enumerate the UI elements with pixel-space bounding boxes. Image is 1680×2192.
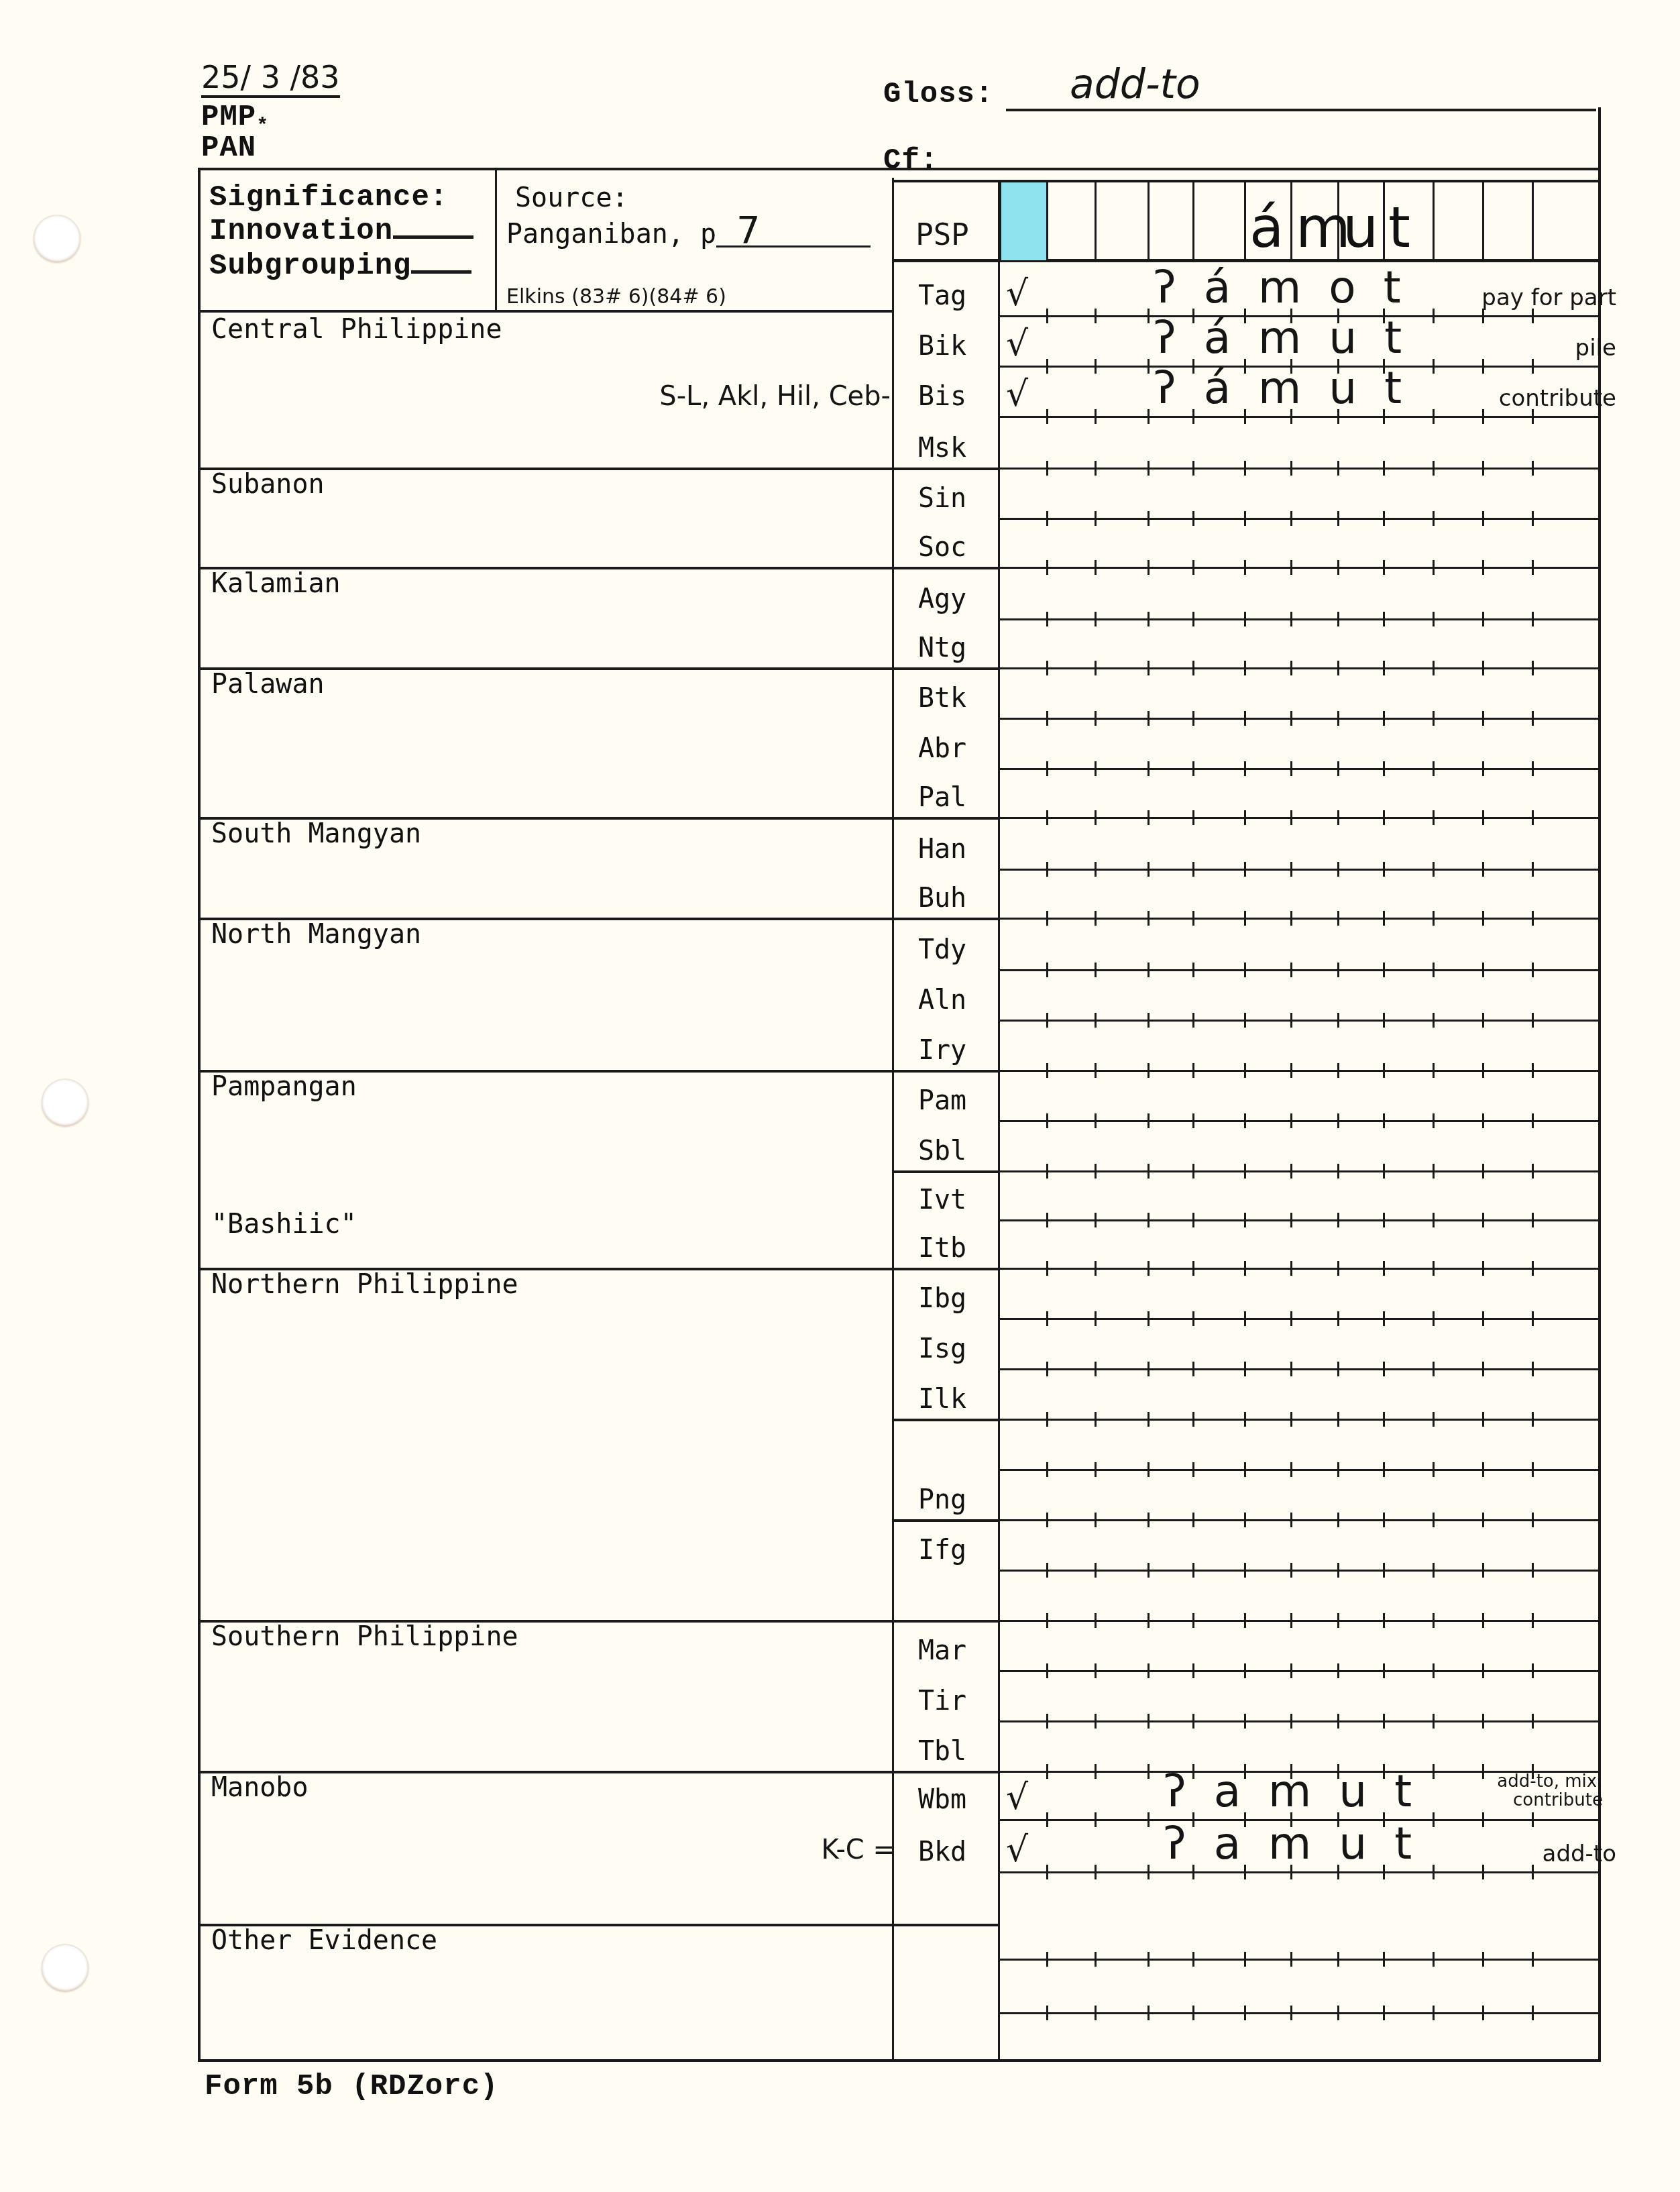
row-tick bbox=[1482, 1261, 1484, 1276]
row-tick bbox=[1192, 1261, 1194, 1276]
row-line bbox=[999, 667, 1600, 669]
row-tick bbox=[1433, 1462, 1435, 1477]
date: 25/ 3 /83 bbox=[201, 59, 340, 98]
row-tick bbox=[1147, 1714, 1150, 1729]
language-label: Ibg bbox=[895, 1283, 989, 1314]
row-tick bbox=[1290, 911, 1292, 926]
language-label: Buh bbox=[895, 883, 989, 914]
reflex-gloss[interactable]: add-to, mix; contribute bbox=[1418, 1772, 1603, 1810]
row-tick bbox=[1046, 1865, 1048, 1879]
row-tick bbox=[1383, 661, 1385, 675]
row-tick bbox=[1147, 1663, 1150, 1678]
level-pmp-mark: * bbox=[256, 115, 269, 138]
row-tick bbox=[1433, 1513, 1435, 1527]
row-tick bbox=[1244, 1714, 1246, 1729]
row-tick bbox=[1147, 661, 1150, 675]
row-tick bbox=[1433, 2006, 1435, 2020]
row-tick bbox=[1433, 1113, 1435, 1128]
row-tick bbox=[1337, 1714, 1339, 1729]
row-line bbox=[999, 918, 1600, 920]
row-tick bbox=[1192, 1613, 1194, 1628]
row-tick bbox=[1532, 761, 1534, 776]
language-label: Mar bbox=[895, 1635, 989, 1666]
row-tick bbox=[1290, 1164, 1292, 1179]
row-tick bbox=[1147, 1764, 1150, 1779]
row-tick bbox=[1433, 1362, 1435, 1376]
frame-top bbox=[198, 168, 1600, 170]
row-tick bbox=[1290, 1261, 1292, 1276]
row-tick bbox=[1192, 560, 1194, 575]
row-tick bbox=[1290, 1563, 1292, 1578]
row-tick bbox=[1192, 511, 1194, 526]
psp-cell[interactable] bbox=[1482, 182, 1534, 260]
row-tick bbox=[1383, 862, 1385, 877]
row-tick bbox=[1532, 911, 1534, 926]
row-tick bbox=[1192, 1063, 1194, 1078]
row-tick bbox=[1192, 2006, 1194, 2020]
group-divider bbox=[198, 1268, 999, 1270]
row-tick bbox=[1290, 2006, 1292, 2020]
row-tick bbox=[1095, 661, 1097, 675]
frame-left bbox=[198, 168, 201, 2061]
row-tick bbox=[1482, 1714, 1484, 1729]
row-tick bbox=[1482, 911, 1484, 926]
row-line bbox=[999, 468, 1600, 470]
reflex-form[interactable]: ʔ a m u t bbox=[1164, 1818, 1418, 1869]
row-tick bbox=[1532, 1663, 1534, 1678]
language-label: Ifg bbox=[895, 1535, 989, 1566]
row-tick bbox=[1244, 1311, 1246, 1326]
row-tick bbox=[1244, 963, 1246, 977]
row-tick bbox=[1244, 862, 1246, 877]
row-tick bbox=[1337, 1164, 1339, 1179]
row-tick bbox=[1046, 1952, 1048, 1967]
row-tick bbox=[1532, 560, 1534, 575]
gloss-value[interactable]: add-to bbox=[1006, 64, 1596, 111]
row-tick bbox=[1147, 1812, 1150, 1827]
row-tick bbox=[1095, 1462, 1097, 1477]
row-tick bbox=[1046, 711, 1048, 726]
row-tick bbox=[1147, 1412, 1150, 1427]
row-tick bbox=[1383, 511, 1385, 526]
row-tick bbox=[1095, 862, 1097, 877]
row-tick bbox=[1046, 761, 1048, 776]
row-tick bbox=[1147, 1063, 1150, 1078]
row-tick bbox=[1095, 1865, 1097, 1879]
row-tick bbox=[1337, 1663, 1339, 1678]
row-tick bbox=[1482, 1164, 1484, 1179]
row-tick bbox=[1482, 1563, 1484, 1578]
row-tick bbox=[1383, 560, 1385, 575]
sig-source-divider bbox=[495, 170, 497, 311]
row-line bbox=[999, 1368, 1600, 1370]
row-tick bbox=[1482, 1663, 1484, 1678]
row-tick bbox=[1192, 1113, 1194, 1128]
row-tick bbox=[1383, 1013, 1385, 1028]
language-label: Ilk bbox=[895, 1384, 989, 1415]
row-tick bbox=[1433, 862, 1435, 877]
row-line bbox=[999, 1871, 1600, 1873]
row-tick bbox=[1095, 1213, 1097, 1227]
row-line bbox=[999, 1469, 1600, 1471]
row-tick bbox=[1482, 1013, 1484, 1028]
row-tick bbox=[1337, 1261, 1339, 1276]
binder-hole-bottom bbox=[42, 1944, 89, 1991]
row-tick bbox=[1482, 2006, 1484, 2020]
row-tick bbox=[1383, 1311, 1385, 1326]
row-tick bbox=[1046, 810, 1048, 825]
row-tick bbox=[1192, 862, 1194, 877]
row-tick bbox=[1192, 761, 1194, 776]
language-label: Han bbox=[895, 834, 989, 865]
reflex-form[interactable]: ʔ a m u t bbox=[1164, 1765, 1418, 1817]
row-tick bbox=[1532, 1063, 1534, 1078]
row-tick bbox=[1192, 1013, 1194, 1028]
row-tick bbox=[1095, 1812, 1097, 1827]
row-tick bbox=[1482, 1812, 1484, 1827]
reflex-gloss[interactable]: contribute bbox=[1429, 385, 1616, 412]
row-tick bbox=[1482, 810, 1484, 825]
row-line bbox=[999, 2012, 1600, 2014]
lang-divider bbox=[892, 1419, 999, 1421]
row-tick bbox=[1383, 911, 1385, 926]
row-tick bbox=[1337, 911, 1339, 926]
row-tick bbox=[1046, 1311, 1048, 1326]
row-tick bbox=[1383, 810, 1385, 825]
row-tick bbox=[1482, 963, 1484, 977]
group-divider bbox=[198, 667, 999, 670]
row-tick bbox=[1290, 862, 1292, 877]
row-tick bbox=[1532, 2006, 1534, 2020]
row-line bbox=[999, 618, 1600, 620]
row-tick bbox=[1046, 1213, 1048, 1227]
row-tick bbox=[1433, 1261, 1435, 1276]
check-mark-icon[interactable]: √ bbox=[1006, 1777, 1028, 1818]
binder-hole-middle bbox=[42, 1079, 89, 1126]
row-tick bbox=[1433, 1714, 1435, 1729]
row-tick bbox=[1383, 1714, 1385, 1729]
language-label: Btk bbox=[895, 683, 989, 714]
row-tick bbox=[1433, 511, 1435, 526]
row-tick bbox=[1244, 2006, 1246, 2020]
row-tick bbox=[1290, 810, 1292, 825]
gloss-text: add-to bbox=[1070, 61, 1200, 108]
row-tick bbox=[1147, 1462, 1150, 1477]
group-divider bbox=[198, 918, 999, 920]
row-tick bbox=[1192, 612, 1194, 626]
row-tick bbox=[1046, 1013, 1048, 1028]
lang-divider bbox=[892, 1519, 999, 1522]
row-tick bbox=[1147, 560, 1150, 575]
row-tick bbox=[1095, 1563, 1097, 1578]
row-tick bbox=[1147, 612, 1150, 626]
row-tick bbox=[1095, 1663, 1097, 1678]
group-label: "Bashiic" bbox=[211, 1209, 357, 1240]
col-lang-left bbox=[892, 178, 894, 2061]
innovation-label[interactable]: Innovation bbox=[209, 215, 473, 248]
language-label: Isg bbox=[895, 1333, 989, 1364]
row-line bbox=[999, 416, 1600, 418]
group-divider bbox=[198, 468, 999, 470]
row-tick bbox=[1192, 1362, 1194, 1376]
row-tick bbox=[1532, 1563, 1534, 1578]
row-tick bbox=[1433, 1412, 1435, 1427]
gloss-label: Gloss: bbox=[883, 78, 993, 111]
row-tick bbox=[1290, 1513, 1292, 1527]
row-tick bbox=[1244, 1613, 1246, 1628]
row-tick bbox=[1095, 1063, 1097, 1078]
row-line bbox=[999, 1070, 1600, 1072]
reflex-form[interactable]: ʔ á m o t bbox=[1154, 262, 1408, 313]
row-tick bbox=[1046, 1764, 1048, 1779]
psp-cell[interactable] bbox=[1532, 182, 1602, 260]
language-label: Ntg bbox=[895, 633, 989, 663]
check-mark-icon[interactable]: √ bbox=[1006, 274, 1028, 314]
row-tick bbox=[1244, 810, 1246, 825]
row-tick bbox=[1046, 1663, 1048, 1678]
row-tick bbox=[1383, 711, 1385, 726]
psp-cell[interactable] bbox=[1046, 182, 1097, 260]
row-tick bbox=[1290, 1663, 1292, 1678]
row-tick bbox=[1244, 1113, 1246, 1128]
row-tick bbox=[1383, 963, 1385, 977]
group-label: Kalamian bbox=[211, 568, 341, 599]
row-tick bbox=[1095, 1952, 1097, 1967]
row-tick bbox=[1046, 1613, 1048, 1628]
row-tick bbox=[1383, 1362, 1385, 1376]
row-tick bbox=[1244, 761, 1246, 776]
row-line bbox=[999, 1120, 1600, 1122]
row-tick bbox=[1482, 761, 1484, 776]
row-tick bbox=[1192, 1164, 1194, 1179]
row-tick bbox=[1532, 1013, 1534, 1028]
row-tick bbox=[1383, 1613, 1385, 1628]
language-label: Tdy bbox=[895, 934, 989, 965]
language-label: Tbl bbox=[895, 1736, 989, 1767]
row-tick bbox=[1192, 1513, 1194, 1527]
group-label: South Mangyan bbox=[211, 818, 421, 849]
row-line bbox=[999, 1670, 1600, 1672]
row-tick bbox=[1290, 1362, 1292, 1376]
row-tick bbox=[1244, 711, 1246, 726]
row-tick bbox=[1095, 761, 1097, 776]
row-tick bbox=[1532, 862, 1534, 877]
row-tick bbox=[1095, 1311, 1097, 1326]
row-tick bbox=[1244, 1063, 1246, 1078]
row-tick bbox=[1482, 661, 1484, 675]
subgrouping-blank[interactable] bbox=[411, 270, 471, 274]
row-tick bbox=[1147, 711, 1150, 726]
row-line bbox=[999, 1219, 1600, 1221]
psp-cell[interactable] bbox=[1192, 182, 1246, 260]
row-tick bbox=[1192, 461, 1194, 476]
row-tick bbox=[1482, 1311, 1484, 1326]
row-tick bbox=[1383, 1412, 1385, 1427]
language-label: Png bbox=[895, 1484, 989, 1515]
psp-cell[interactable] bbox=[1095, 182, 1150, 260]
row-tick bbox=[1433, 1952, 1435, 1967]
row-tick bbox=[1095, 1613, 1097, 1628]
row-tick bbox=[1147, 1013, 1150, 1028]
row-tick bbox=[1532, 1261, 1534, 1276]
reflex-form[interactable]: ʔ á m u t bbox=[1154, 362, 1408, 414]
row-tick bbox=[1046, 461, 1048, 476]
row-tick bbox=[1433, 612, 1435, 626]
row-tick bbox=[1290, 963, 1292, 977]
cf-label: Cf: bbox=[883, 144, 938, 178]
row-tick bbox=[1095, 461, 1097, 476]
reflex-gloss[interactable]: add-to bbox=[1429, 1841, 1616, 1867]
sig-box-bottom bbox=[198, 310, 894, 313]
row-tick bbox=[1433, 1164, 1435, 1179]
reflex-form[interactable]: ʔ á m u t bbox=[1154, 312, 1408, 364]
check-mark-icon[interactable]: √ bbox=[1006, 374, 1028, 415]
row-line bbox=[999, 969, 1600, 971]
row-tick bbox=[1383, 1213, 1385, 1227]
row-tick bbox=[1532, 612, 1534, 626]
row-tick bbox=[1290, 1462, 1292, 1477]
group-divider bbox=[198, 1070, 999, 1073]
row-tick bbox=[1482, 1362, 1484, 1376]
source-text: Panganiban, p7 bbox=[506, 216, 871, 250]
row-tick bbox=[1095, 1764, 1097, 1779]
row-tick bbox=[1532, 810, 1534, 825]
source-name: Panganiban, p bbox=[506, 219, 716, 250]
row-tick bbox=[1046, 1513, 1048, 1527]
row-tick bbox=[1383, 1261, 1385, 1276]
row-tick bbox=[1337, 511, 1339, 526]
row-tick bbox=[1532, 511, 1534, 526]
row-line bbox=[999, 768, 1600, 770]
check-mark-icon[interactable]: √ bbox=[1006, 324, 1028, 364]
row-tick bbox=[1147, 1865, 1150, 1879]
psp-cell[interactable] bbox=[1147, 182, 1194, 260]
row-tick bbox=[1337, 711, 1339, 726]
row-tick bbox=[1046, 1462, 1048, 1477]
language-label: Bkd bbox=[895, 1837, 989, 1867]
row-tick bbox=[1532, 1513, 1534, 1527]
psp-letter: u bbox=[1343, 195, 1378, 260]
row-tick bbox=[1337, 1613, 1339, 1628]
row-tick bbox=[1433, 1213, 1435, 1227]
row-tick bbox=[1383, 2006, 1385, 2020]
row-tick bbox=[1192, 661, 1194, 675]
row-tick bbox=[1383, 1952, 1385, 1967]
group-divider bbox=[198, 1924, 999, 1926]
row-tick bbox=[1095, 560, 1097, 575]
group-divider bbox=[198, 1771, 999, 1773]
group-label: North Mangyan bbox=[211, 919, 421, 950]
row-tick bbox=[1192, 1412, 1194, 1427]
row-tick bbox=[1482, 711, 1484, 726]
innovation-blank[interactable] bbox=[393, 235, 473, 239]
row-tick bbox=[1383, 1113, 1385, 1128]
row-tick bbox=[1383, 1563, 1385, 1578]
row-tick bbox=[1337, 1063, 1339, 1078]
row-tick bbox=[1337, 761, 1339, 776]
row-tick bbox=[1532, 1462, 1534, 1477]
language-label: Bik bbox=[895, 331, 989, 362]
row-tick bbox=[1046, 1362, 1048, 1376]
row-line bbox=[999, 1268, 1600, 1270]
row-tick bbox=[1532, 1113, 1534, 1128]
row-tick bbox=[1290, 1952, 1292, 1967]
language-label: Ivt bbox=[895, 1185, 989, 1215]
row-tick bbox=[1532, 1164, 1534, 1179]
row-line bbox=[999, 1419, 1600, 1421]
source-label: Source: bbox=[515, 182, 628, 213]
psp-cell[interactable] bbox=[999, 182, 1048, 260]
row-tick bbox=[1046, 560, 1048, 575]
row-line bbox=[999, 1720, 1600, 1722]
row-tick bbox=[1147, 810, 1150, 825]
row-tick bbox=[1290, 1714, 1292, 1729]
language-label: Bis bbox=[895, 381, 989, 412]
row-line bbox=[999, 1170, 1600, 1172]
language-label: Iry bbox=[895, 1035, 989, 1066]
row-tick bbox=[1244, 1412, 1246, 1427]
row-tick bbox=[1244, 1663, 1246, 1678]
psp-letter: á bbox=[1249, 195, 1284, 260]
row-tick bbox=[1532, 711, 1534, 726]
row-tick bbox=[1482, 612, 1484, 626]
row-tick bbox=[1147, 1362, 1150, 1376]
row-tick bbox=[1147, 461, 1150, 476]
row-tick bbox=[1244, 461, 1246, 476]
row-tick bbox=[1433, 963, 1435, 977]
row-tick bbox=[1147, 963, 1150, 977]
subgrouping-text: Subgrouping bbox=[209, 250, 411, 283]
row-tick bbox=[1337, 1362, 1339, 1376]
row-tick bbox=[1433, 1311, 1435, 1326]
psp-cell[interactable] bbox=[1433, 182, 1484, 260]
group-divider bbox=[198, 567, 999, 569]
row-tick bbox=[1383, 1513, 1385, 1527]
row-tick bbox=[1337, 1462, 1339, 1477]
row-tick bbox=[1337, 862, 1339, 877]
group-label: Central Philippine bbox=[211, 314, 502, 345]
row-tick bbox=[1337, 612, 1339, 626]
source-page[interactable]: 7 bbox=[716, 216, 871, 248]
row-tick bbox=[1046, 511, 1048, 526]
row-tick bbox=[1290, 511, 1292, 526]
row-tick bbox=[1046, 2006, 1048, 2020]
row-tick bbox=[1192, 1462, 1194, 1477]
row-tick bbox=[1383, 612, 1385, 626]
row-tick bbox=[1532, 661, 1534, 675]
row-tick bbox=[1433, 661, 1435, 675]
row-tick bbox=[1290, 1063, 1292, 1078]
reflex-gloss[interactable]: pay for part bbox=[1429, 284, 1616, 311]
row-line bbox=[999, 1519, 1600, 1521]
row-tick bbox=[1290, 711, 1292, 726]
row-tick bbox=[1482, 560, 1484, 575]
row-tick bbox=[1046, 1563, 1048, 1578]
row-tick bbox=[1482, 1952, 1484, 1967]
language-label: Pal bbox=[895, 782, 989, 813]
check-mark-icon[interactable]: √ bbox=[1006, 1830, 1028, 1870]
lang-divider bbox=[892, 1170, 999, 1173]
row-tick bbox=[1337, 810, 1339, 825]
row-tick bbox=[1290, 1311, 1292, 1326]
row-tick bbox=[1383, 761, 1385, 776]
reflex-gloss[interactable]: pile bbox=[1429, 335, 1616, 362]
row-tick bbox=[1290, 1013, 1292, 1028]
group-note: K-C = bbox=[627, 1834, 895, 1865]
group-label: Southern Philippine bbox=[211, 1621, 518, 1652]
row-tick bbox=[1337, 461, 1339, 476]
subgrouping-label[interactable]: Subgrouping bbox=[209, 250, 471, 283]
